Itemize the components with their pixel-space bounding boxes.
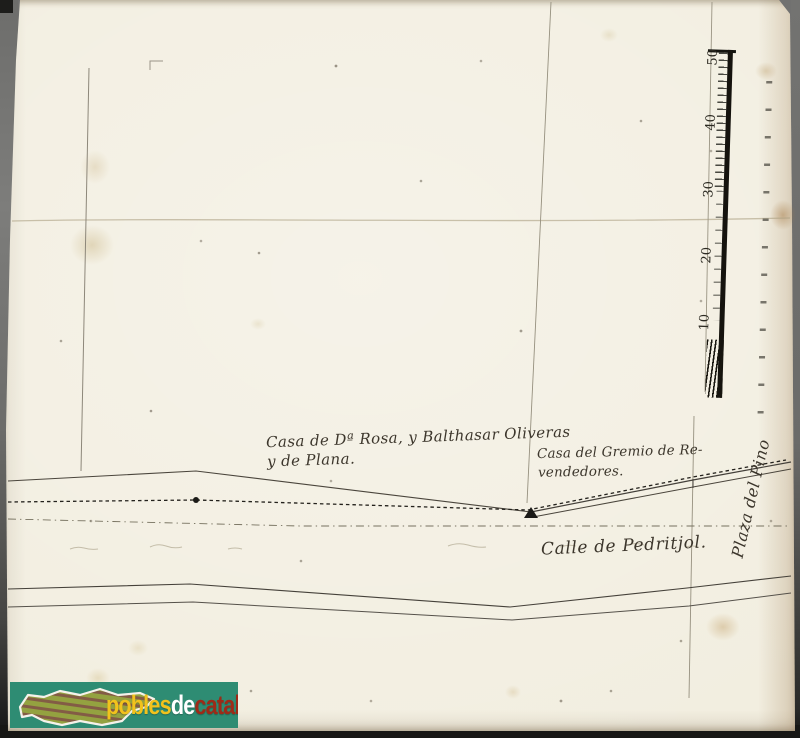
street-plan-drawing: [0, 0, 800, 738]
scale-ruler-label-20: 20: [699, 244, 714, 266]
scale-ruler-label-30: 30: [701, 178, 716, 200]
scale-ruler-label-50: 50: [705, 46, 720, 68]
street-south-line-lower: [8, 593, 791, 620]
scale-ruler-label-10: 10: [697, 311, 712, 333]
street-south-line-upper: [8, 576, 791, 607]
label-casa-gremio-line2: vendedores.: [538, 463, 624, 480]
property-line-left: [81, 68, 89, 471]
paper-crease: [12, 218, 790, 221]
scale-ruler-hatched-segment: [705, 339, 724, 398]
corner-tick-mark: [150, 61, 163, 70]
scale-ruler-label-40: 40: [703, 111, 718, 133]
watermark-text: poblesdecatalunya: [106, 690, 238, 721]
pobles-de-catalunya-watermark: poblesdecatalunya: [10, 682, 238, 728]
watermark-text-pobles: pobles: [106, 690, 171, 720]
street-north-line: [8, 471, 531, 512]
watermark-text-de: de: [171, 690, 195, 720]
street-axis-line: [8, 519, 789, 526]
watermark-text-catalunya: catalunya: [194, 690, 238, 720]
label-casa-rosa-line2: y de Plana.: [267, 449, 356, 470]
marker-point-dot: [193, 497, 199, 503]
property-line-lower-right: [689, 416, 694, 698]
